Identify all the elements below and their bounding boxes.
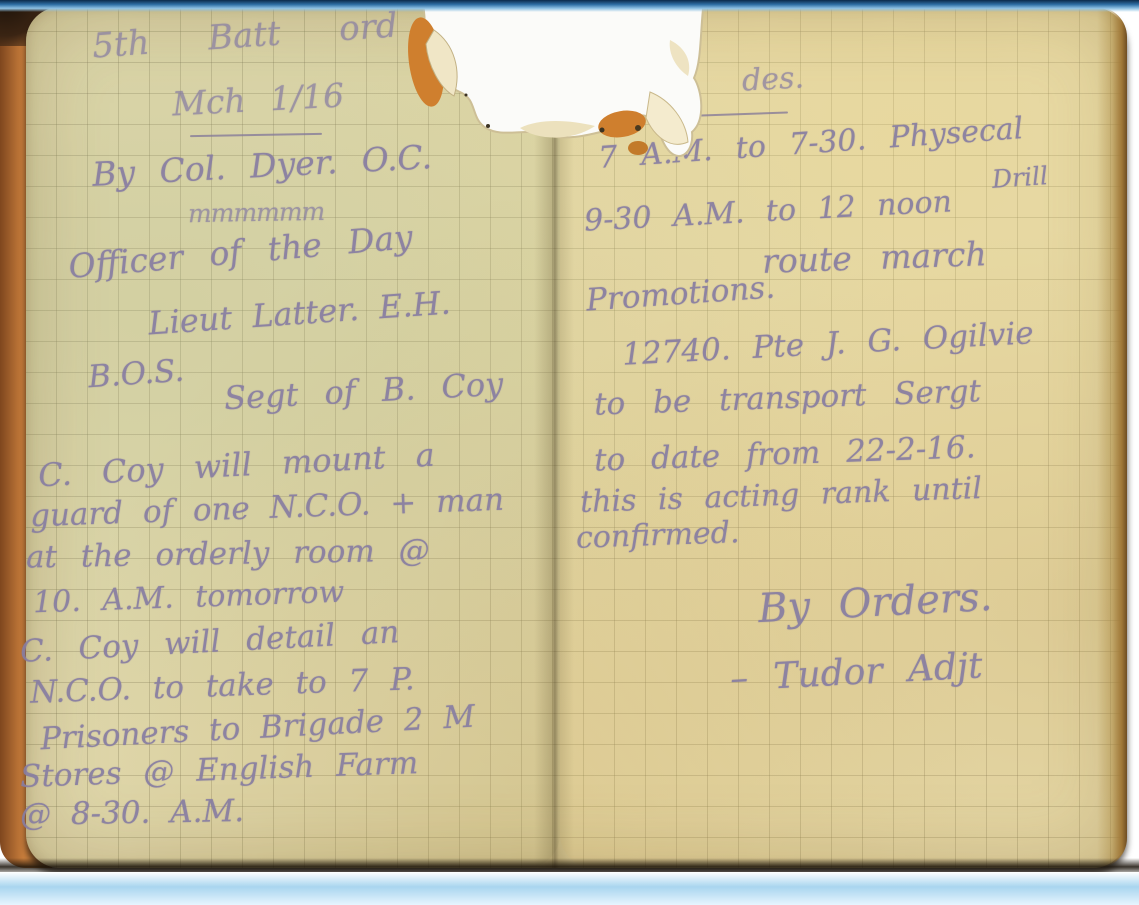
pencil-scribble: mmmmmm [188,197,325,228]
scanned-notebook-photo: 5th Batt ord Mch 1/16 By Col. Dyer. O.C.… [0,0,1139,905]
line-bos: B.O.S. [87,353,185,396]
scanner-edge-top [0,0,1139,12]
line-orderly-room: at the orderly room @ [26,532,430,575]
scanner-edge-bottom [0,872,1139,905]
page-stack-edge [1097,7,1127,868]
line-confirmed: confirmed. [575,515,740,556]
line-830am: @ 8-30. A.M. [20,793,245,833]
page-gutter-shadow [534,7,574,868]
line-route-march: route march [761,234,987,281]
line-drill: Drill [991,161,1049,194]
line-orders-header-torn: des. [741,60,805,98]
